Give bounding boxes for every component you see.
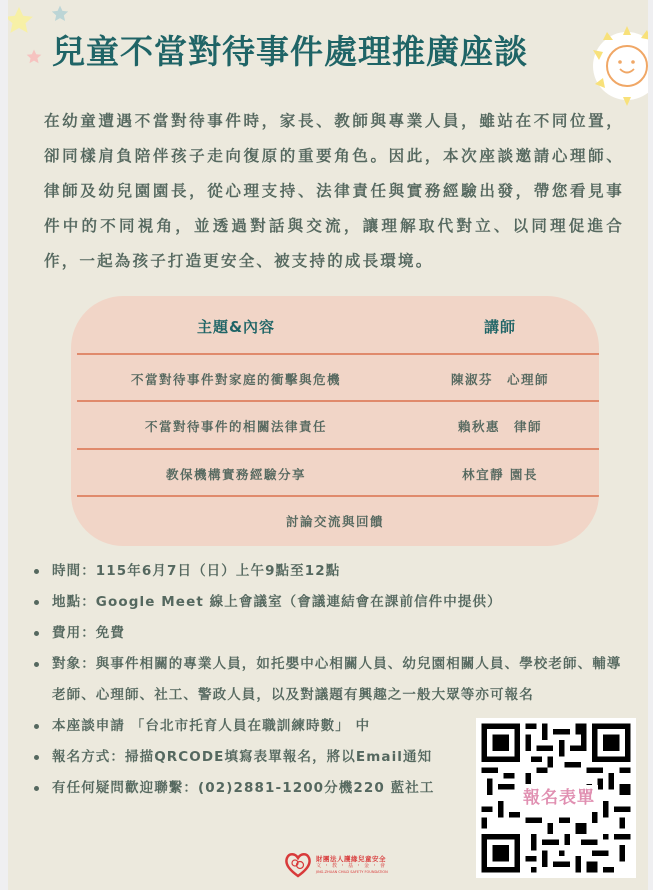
page-title: 兒童不當對待事件處理推廣座談 <box>52 30 612 74</box>
agenda-header-topic: 主題&內容 <box>71 316 401 337</box>
logo-subtitle: 文・教・基・金・會 <box>316 864 388 869</box>
logo-name: 財團法人護緣兒童安全 <box>316 856 388 863</box>
bullet-icon <box>34 662 39 667</box>
info-audience: 對象：與事件相關的專業人員，如托嬰中心相關人員、幼兒園相關人員、學校老師、輔導老… <box>30 649 630 711</box>
agenda-header-speaker: 講師 <box>401 316 599 337</box>
agenda-speaker: 林宜靜 園長 <box>401 465 599 483</box>
qr-label: 報名表單 <box>520 785 598 811</box>
agenda-topic: 不當對待事件的相關法律責任 <box>71 417 401 435</box>
agenda-row: 不當對待事件對家庭的衝擊與危機 陳淑芬 心理師 <box>71 355 599 402</box>
pink-star-icon <box>25 48 43 66</box>
agenda-speaker: 賴秋惠 律師 <box>401 417 599 435</box>
agenda-speaker: 陳淑芬 心理師 <box>401 370 599 388</box>
agenda-topic: 不當對待事件對家庭的衝擊與危機 <box>71 370 401 388</box>
logo-text: 財團法人護緣兒童安全 文・教・基・金・會 JING-ZHUAN CHILD SA… <box>316 856 388 875</box>
agenda-topic: 教保機構實務經驗分享 <box>71 465 401 483</box>
agenda-row: 教保機構實務經驗分享 林宜靜 園長 <box>71 450 599 497</box>
bullet-icon <box>34 755 39 760</box>
agenda-closing: 討論交流與回饋 <box>286 512 384 530</box>
heart-logo-icon <box>284 851 312 879</box>
bullet-icon <box>34 724 39 729</box>
foundation-logo: 財團法人護緣兒童安全 文・教・基・金・會 JING-ZHUAN CHILD SA… <box>284 848 404 882</box>
agenda-row: 不當對待事件的相關法律責任 賴秋惠 律師 <box>71 402 599 449</box>
agenda-table: 主題&內容 講師 不當對待事件對家庭的衝擊與危機 陳淑芬 心理師 不當對待事件的… <box>71 296 599 546</box>
logo-english: JING-ZHUAN CHILD SAFETY FOUNDATION <box>316 871 388 875</box>
registration-qr-code[interactable]: 報名表單 <box>476 718 636 878</box>
bullet-icon <box>34 631 39 636</box>
yellow-star-icon <box>8 4 36 38</box>
blue-star-icon <box>50 4 70 24</box>
info-registration: 報名方式：掃描QRCODE填寫表單報名，將以Email通知 <box>30 742 482 773</box>
info-fee: 費用：免費 <box>30 618 630 649</box>
info-location: 地點：Google Meet 線上會議室（會議連結會在課前信件中提供） <box>30 587 630 618</box>
intro-paragraph: 在幼童遭遇不當對待事件時，家長、教師與專業人員，雖站在不同位置，卻同樣肩負陪伴孩… <box>44 104 624 279</box>
info-time: 時間：115年6月7日（日）上午9點至12點 <box>30 556 630 587</box>
agenda-closing-row: 討論交流與回饋 <box>71 497 599 544</box>
sun-icon <box>583 22 648 108</box>
poster: 兒童不當對待事件處理推廣座談 在幼童遭遇不當對待事件時，家長、教師與專業人員，雖… <box>8 0 648 890</box>
info-contact: 有任何疑問歡迎聯繫：(02)2881-1200分機220 藍社工 <box>30 773 482 804</box>
agenda-header-row: 主題&內容 講師 <box>71 296 599 356</box>
bullet-icon <box>34 569 39 574</box>
info-training-hours: 本座談申請 「台北市托育人員在職訓練時數」 中 <box>30 711 482 742</box>
bullet-icon <box>34 600 39 605</box>
bullet-icon <box>34 786 39 791</box>
